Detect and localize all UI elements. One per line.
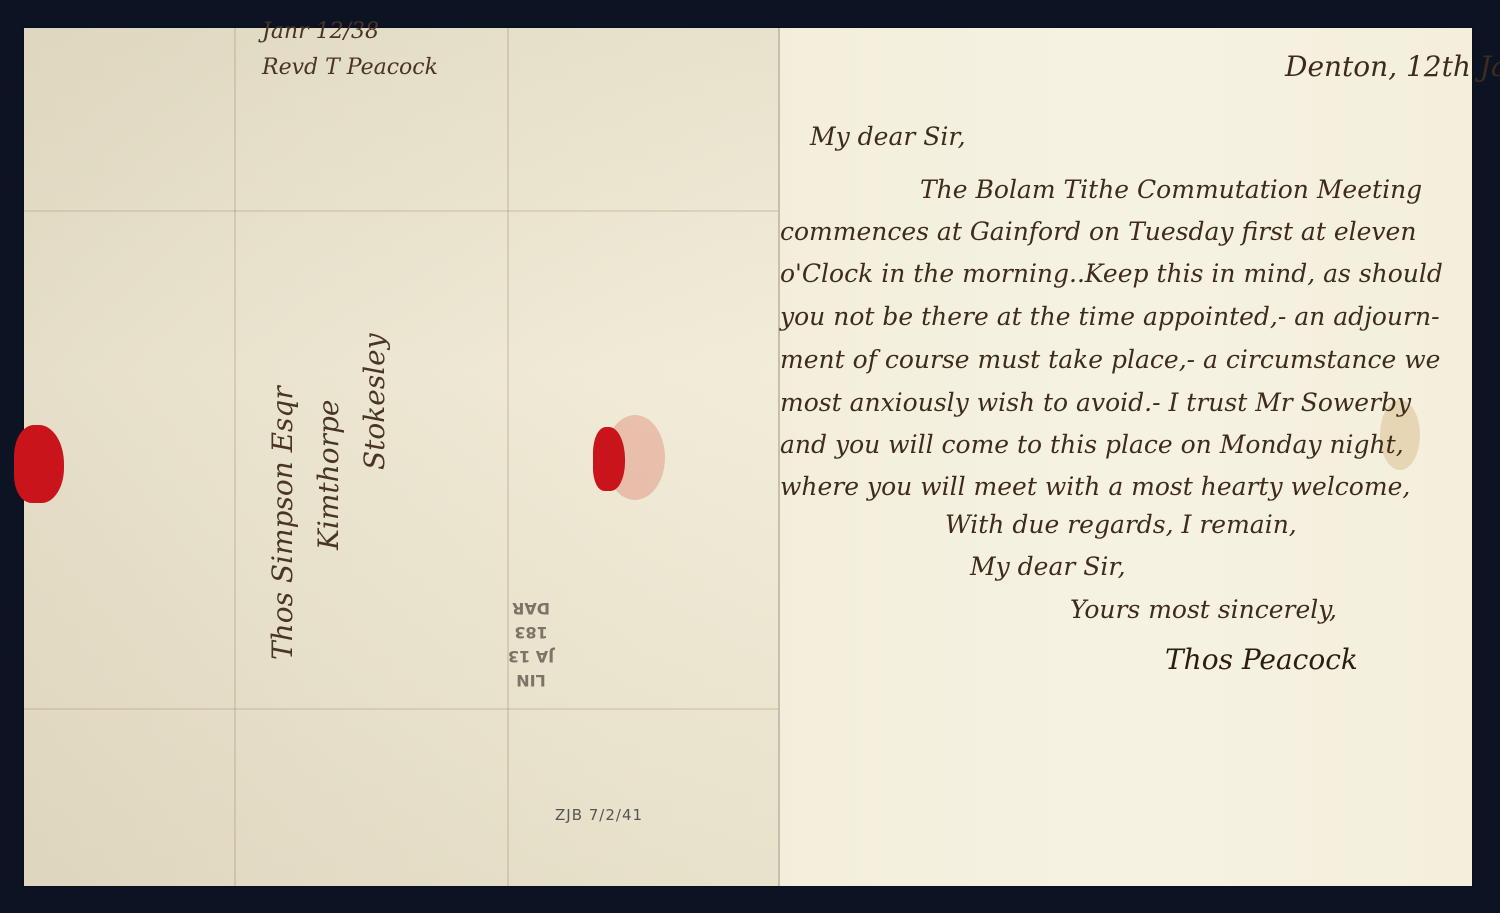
docket-sender: Revd T Peacock: [262, 50, 438, 86]
dateline: Denton, 12th Jany 1838.: [1285, 50, 1500, 83]
address-block: Thos Simpson Esqr Kimthorpe Stokesley: [260, 280, 440, 660]
closing-salutation: My dear Sir,: [970, 552, 1126, 581]
address-name: Thos Simpson Esqr: [260, 280, 306, 660]
postmark-text: LIN: [488, 668, 574, 692]
wax-seal-left: [14, 425, 64, 503]
postmark-stamp: LIN JA 13 183 DAR: [488, 572, 574, 692]
postmark-text: DAR: [488, 596, 574, 620]
body-line: o'Clock in the morning..Keep this in min…: [780, 259, 1443, 288]
closing-valediction: Yours most sincerely,: [1070, 595, 1337, 624]
wax-seal-center: [593, 427, 625, 491]
body-line: where you will meet with a most hearty w…: [780, 472, 1410, 501]
body-line: commences at Gainford on Tuesday first a…: [780, 217, 1416, 246]
body-line: and you will come to this place on Monda…: [780, 430, 1404, 459]
salutation: My dear Sir,: [810, 122, 966, 151]
fold-line: [24, 708, 778, 710]
fold-line: [24, 210, 778, 212]
body-line: ment of course must take place,- a circu…: [780, 345, 1440, 374]
address-place: Kimthorpe: [306, 280, 352, 660]
postmark-text: JA 13: [488, 644, 574, 668]
body-line: most anxiously wish to avoid.- I trust M…: [780, 388, 1411, 417]
closing-regards: With due regards, I remain,: [945, 510, 1297, 539]
signature: Thos Peacock: [1165, 643, 1358, 676]
docket-note: Janr 12/38 Revd T Peacock: [262, 14, 438, 86]
body-line: The Bolam Tithe Commutation Meeting: [920, 175, 1422, 204]
postmark-text: 183: [488, 620, 574, 644]
fold-line: [507, 28, 509, 886]
body-line: you not be there at the time appointed,-…: [780, 302, 1440, 331]
archive-reference: ZJB 7/2/41: [555, 806, 643, 824]
address-town: Stokesley: [352, 280, 398, 660]
fold-line: [234, 28, 236, 886]
docket-date: Janr 12/38: [262, 14, 438, 50]
